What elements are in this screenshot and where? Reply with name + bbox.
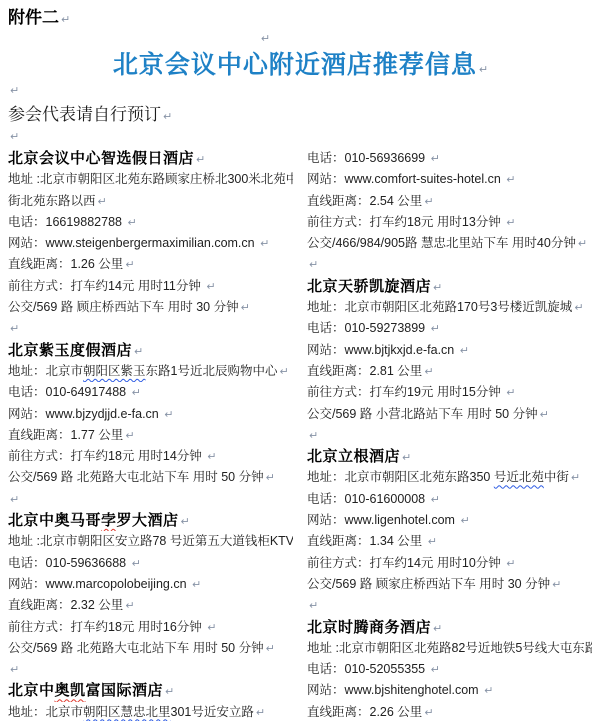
paragraph-mark-icon: ↵ — [484, 685, 493, 697]
hotel-info-line: 地址 :北京市朝阳区安立路78 号近第五大道钱柜KTV ↵ — [8, 531, 293, 552]
text-segment: 直线距离：2.32 公里 — [8, 598, 123, 612]
paragraph-mark-icon: ↵ — [506, 387, 515, 399]
paragraph-mark-icon: ↵ — [431, 494, 440, 506]
paragraph-mark-icon: ↵ — [540, 409, 549, 421]
paragraph-mark-icon: ↵ — [431, 153, 440, 165]
paragraph-mark-icon: ↵ — [309, 600, 318, 612]
text-segment: 地址 :北京市朝阳区北苑东路顾家庄桥北300米北苑中 — [8, 172, 293, 186]
text-segment: 直线距离：1.26 公里 — [8, 257, 123, 271]
text-segment: 街北苑东路以西 — [8, 194, 96, 208]
paragraph-mark-icon: ↵ — [266, 643, 275, 655]
text-segment: 电话：010-56936699 — [307, 151, 429, 165]
hotel-name: 北京立根酒店↵ — [307, 446, 592, 467]
hotel-name: 北京中奥马哥孛罗大酒店↵ — [8, 510, 293, 531]
paragraph-mark-icon: ↵ — [506, 174, 515, 186]
hotel-info-line: 直线距离：1.34 公里 ↵ — [307, 531, 592, 552]
hotel-info-line: 电话：010-52055355 ↵ — [307, 659, 592, 680]
hotel-info-line: 地址：北京市朝阳区北苑路170号3号楼近凯旋城↵ — [307, 297, 592, 318]
text-segment: 地址：北京市朝阳区北苑路170号3号楼近凯旋城 — [307, 300, 572, 314]
hotel-name: 北京会议中心智选假日酒店↵ — [8, 148, 293, 169]
text-segment: 网站：www.marcopolobeijing.cn — [8, 577, 190, 591]
blank-line: ↵ — [307, 425, 592, 446]
spellcheck-red-underline: 奥凯 — [55, 682, 86, 699]
text-segment: 直线距离：1.34 公里 — [307, 534, 426, 548]
hotel-info-line: 网站：www.marcopolobeijing.cn ↵ — [8, 574, 293, 595]
hotel-info-line: 网站：www.ligenhotel.com ↵ — [307, 510, 592, 531]
hotel-info-line: 公交/569 路 小营北路站下车 用时 50 分钟↵ — [307, 404, 592, 425]
text-segment: 网站：www.bjshitenghotel.com — [307, 683, 482, 697]
paragraph-mark-icon: ↵ — [571, 472, 580, 484]
paragraph-mark-icon: ↵ — [10, 664, 19, 676]
blank-line: ↵ — [8, 318, 293, 339]
paragraph-mark-icon: ↵ — [574, 302, 583, 314]
text-segment: 公交/569 路 顾庄桥西站下车 用时 30 分钟 — [8, 300, 239, 314]
spellcheck-blue-underline: 朝阳区紫玉 — [83, 364, 146, 378]
paragraph-mark-icon: ↵ — [309, 259, 318, 271]
spellcheck-blue-underline: 朝阳区慧忠北里 — [83, 705, 171, 719]
text-segment: 直线距离：1.77 公里 — [8, 428, 123, 442]
paragraph-mark-icon: ↵ — [279, 366, 288, 378]
paragraph-mark-icon: ↵ — [207, 451, 216, 463]
paragraph-mark-icon: ↵ — [61, 14, 70, 26]
hotel-info-line: 网站：www.steigenbergermaximilian.com.cn ↵ — [8, 233, 293, 254]
text-segment: 直线距离：2.54 公里 — [307, 194, 422, 208]
blank-line: ↵ — [8, 29, 593, 49]
paragraph-mark-icon: ↵ — [196, 154, 206, 166]
paragraph-mark-icon: ↵ — [424, 366, 433, 378]
hotel-info-line: 网站：www.comfort-suites-hotel.cn ↵ — [307, 169, 592, 190]
hotel-info-line: 电话：010-56936699 ↵ — [307, 148, 592, 169]
paragraph-mark-icon: ↵ — [125, 259, 134, 271]
blank-line: ↵ — [307, 595, 592, 616]
paragraph-mark-icon: ↵ — [10, 494, 19, 506]
paragraph-mark-icon: ↵ — [431, 664, 440, 676]
hotel-name: 北京时腾商务酒店↵ — [307, 617, 592, 638]
hotel-info-line: 地址：北京市朝阳区紫玉东路1号近北辰购物中心↵ — [8, 361, 293, 382]
paragraph-mark-icon: ↵ — [132, 558, 141, 570]
paragraph-mark-icon: ↵ — [431, 323, 440, 335]
paragraph-mark-icon: ↵ — [165, 686, 175, 698]
paragraph-mark-icon: ↵ — [206, 281, 215, 293]
paragraph-mark-icon: ↵ — [506, 558, 515, 570]
text-segment: 地址：北京市 — [8, 705, 83, 719]
hotel-info-line: 直线距离：2.81 公里↵ — [307, 361, 592, 382]
text-segment: 东路1号近北辰购物中心 — [146, 364, 278, 378]
title-line: 北京会议中心附近酒店推荐信息↵ — [8, 49, 593, 81]
paragraph-mark-icon: ↵ — [164, 409, 173, 421]
hotel-info-line: 直线距离：2.32 公里↵ — [8, 595, 293, 616]
text-segment: 北京中奥马哥 — [8, 512, 101, 529]
hotel-info-line: 公交/569 路 北苑路大屯北站下车 用时 50 分钟↵ — [8, 467, 293, 488]
hotel-info-line: 地址 :北京市朝阳区北苑东路顾家庄桥北300米北苑中 — [8, 169, 293, 190]
paragraph-mark-icon: ↵ — [433, 623, 443, 635]
hotel-info-line: 前往方式：打车约18元 用时13分钟 ↵ — [307, 212, 592, 233]
spellcheck-blue-underline: 号近北苑 — [494, 470, 544, 484]
hotel-info-line: 电话：010-61600008 ↵ — [307, 489, 592, 510]
document-page: 附件二↵ ↵ 北京会议中心附近酒店推荐信息↵ ↵ 参会代表请自行预订↵ ↵ 北京… — [0, 0, 601, 721]
text-segment: 前往方式：打车约18元 用时16分钟 — [8, 620, 205, 634]
paragraph-mark-icon: ↵ — [127, 217, 136, 229]
text-segment: 北京紫玉度假酒店 — [8, 342, 132, 359]
text-segment: 地址 :北京市朝阳区北苑路82号近地铁5号线大屯东路 — [307, 641, 592, 655]
blank-line: ↵ — [8, 127, 593, 148]
text-segment: 北京时腾商务酒店 — [307, 619, 431, 636]
blank-line: ↵ — [8, 81, 593, 102]
text-segment: 网站：www.bjtjkxjd.e-fa.cn — [307, 343, 458, 357]
paragraph-mark-icon: ↵ — [578, 238, 587, 250]
paragraph-mark-icon: ↵ — [424, 707, 433, 719]
paragraph-mark-icon: ↵ — [125, 430, 134, 442]
text-segment: 中街 — [544, 470, 569, 484]
text-segment: 电话：010-61600008 — [307, 492, 429, 506]
blank-line: ↵ — [307, 254, 592, 275]
text-segment: 前往方式：打车约19元 用时15分钟 — [307, 385, 504, 399]
text-segment: 地址：北京市朝阳区北苑东路350 — [307, 470, 494, 484]
paragraph-mark-icon: ↵ — [309, 430, 318, 442]
text-segment: 前往方式：打车约14元 用时11分钟 — [8, 279, 204, 293]
booking-note-text: 参会代表请自行预订 — [8, 105, 161, 124]
paragraph-mark-icon: ↵ — [207, 622, 216, 634]
paragraph-mark-icon: ↵ — [132, 387, 141, 399]
hotel-info-line: 街北苑东路以西↵ — [8, 191, 293, 212]
hotel-info-line: 公交/466/984/905路 慧忠北里站下车 用时40分钟↵ — [307, 233, 592, 254]
paragraph-mark-icon: ↵ — [256, 707, 265, 719]
hotel-name: 北京中奥凯富国际酒店↵ — [8, 680, 293, 701]
paragraph-mark-icon: ↵ — [428, 536, 437, 548]
text-segment: 富国际酒店 — [86, 682, 164, 699]
hotel-info-line: 地址：北京市朝阳区北苑东路350 号近北苑中街↵ — [307, 467, 592, 488]
hotel-name: 北京天骄凯旋酒店↵ — [307, 276, 592, 297]
hotel-info-line: 前往方式：打车约19元 用时15分钟 ↵ — [307, 382, 592, 403]
text-segment: 网站：www.ligenhotel.com — [307, 513, 458, 527]
text-segment: 公交/466/984/905路 慧忠北里站下车 用时40分钟 — [307, 236, 576, 250]
paragraph-mark-icon: ↵ — [506, 217, 515, 229]
text-segment: 网站：www.steigenbergermaximilian.com.cn — [8, 236, 258, 250]
hotel-info-line: 直线距离：1.26 公里↵ — [8, 254, 293, 275]
text-segment: 301号近安立路 — [171, 705, 254, 719]
paragraph-mark-icon: ↵ — [479, 64, 488, 76]
text-segment: 网站：www.comfort-suites-hotel.cn — [307, 172, 504, 186]
paragraph-mark-icon: ↵ — [163, 111, 172, 123]
text-segment: 公交/569 路 顾家庄桥西站下车 用时 30 分钟 — [307, 577, 550, 591]
paragraph-mark-icon: ↵ — [433, 282, 443, 294]
text-segment: 公交/569 路 小营北路站下车 用时 50 分钟 — [307, 407, 538, 421]
text-segment: 电话：010-59636688 — [8, 556, 130, 570]
attachment-label: 附件二 — [8, 8, 59, 27]
booking-note: 参会代表请自行预订↵ — [8, 102, 593, 127]
paragraph-mark-icon: ↵ — [460, 345, 469, 357]
text-segment: 北京天骄凯旋酒店 — [307, 278, 431, 295]
paragraph-mark-icon: ↵ — [266, 472, 275, 484]
paragraph-mark-icon: ↵ — [241, 302, 250, 314]
hotel-info-line: 直线距离：2.54 公里↵ — [307, 191, 592, 212]
paragraph-mark-icon: ↵ — [134, 346, 144, 358]
blank-line: ↵ — [8, 489, 293, 510]
paragraph-mark-icon: ↵ — [192, 579, 201, 591]
hotel-info-line: 电话：010-59273899 ↵ — [307, 318, 592, 339]
paragraph-mark-icon: ↵ — [181, 516, 191, 528]
hotel-info-line: 直线距离：2.26 公里↵ — [307, 702, 592, 721]
paragraph-mark-icon: ↵ — [98, 196, 107, 208]
paragraph-mark-icon: ↵ — [402, 452, 412, 464]
hotel-info-line: 网站：www.bjzydjjd.e-fa.cn ↵ — [8, 404, 293, 425]
hotel-info-line: 公交/569 路 顾庄桥西站下车 用时 30 分钟↵ — [8, 297, 293, 318]
text-segment: 公交/569 路 北苑路大屯北站下车 用时 50 分钟 — [8, 470, 264, 484]
paragraph-mark-icon: ↵ — [10, 131, 19, 143]
hotel-info-line: 前往方式：打车约18元 用时16分钟 ↵ — [8, 617, 293, 638]
hotel-info-line: 地址：北京市朝阳区慧忠北里301号近安立路↵ — [8, 702, 293, 721]
text-segment: 电话：010-64917488 — [8, 385, 130, 399]
text-segment: 电话：010-59273899 — [307, 321, 429, 335]
attachment-line: 附件二↵ — [8, 6, 593, 29]
text-segment: 前往方式：打车约18元 用时14分钟 — [8, 449, 205, 463]
hotel-info-line: 网站：www.bjshitenghotel.com ↵ — [307, 680, 592, 701]
paragraph-mark-icon: ↵ — [460, 515, 469, 527]
text-segment: 直线距离：2.26 公里 — [307, 705, 422, 719]
paragraph-mark-icon: ↵ — [552, 579, 561, 591]
hotel-info-line: 前往方式：打车约14元 用时11分钟 ↵ — [8, 276, 293, 297]
hotel-list-columns: 北京会议中心智选假日酒店↵地址 :北京市朝阳区北苑东路顾家庄桥北300米北苑中街… — [8, 148, 593, 721]
hotel-info-line: 网站：www.bjtjkxjd.e-fa.cn ↵ — [307, 340, 592, 361]
hotel-info-line: 电话：16619882788 ↵ — [8, 212, 293, 233]
hotel-info-line: 公交/569 路 北苑路大屯北站下车 用时 50 分钟↵ — [8, 638, 293, 659]
paragraph-mark-icon: ↵ — [261, 33, 270, 45]
paragraph-mark-icon: ↵ — [424, 196, 433, 208]
hotel-name: 北京紫玉度假酒店↵ — [8, 340, 293, 361]
blank-line: ↵ — [8, 659, 293, 680]
left-column: 北京会议中心智选假日酒店↵地址 :北京市朝阳区北苑东路顾家庄桥北300米北苑中街… — [8, 148, 293, 721]
hotel-info-line: 公交/569 路 顾家庄桥西站下车 用时 30 分钟↵ — [307, 574, 592, 595]
hotel-info-line: 前往方式：打车约18元 用时14分钟 ↵ — [8, 446, 293, 467]
text-segment: 罗大酒店 — [117, 512, 179, 529]
hotel-info-line: 前往方式：打车约14元 用时10分钟 ↵ — [307, 553, 592, 574]
text-segment: 电话：16619882788 — [8, 215, 125, 229]
hotel-info-line: 直线距离：1.77 公里↵ — [8, 425, 293, 446]
text-segment: 网站：www.bjzydjjd.e-fa.cn — [8, 407, 162, 421]
text-segment: 直线距离：2.81 公里 — [307, 364, 422, 378]
hotel-info-line: 电话：010-64917488 ↵ — [8, 382, 293, 403]
text-segment: 电话：010-52055355 — [307, 662, 429, 676]
hotel-info-line: 地址 :北京市朝阳区北苑路82号近地铁5号线大屯东路↵ — [307, 638, 592, 659]
page-title: 北京会议中心附近酒店推荐信息 — [113, 51, 477, 79]
text-segment: 北京会议中心智选假日酒店 — [8, 150, 194, 167]
right-column: 电话：010-56936699 ↵网站：www.comfort-suites-h… — [307, 148, 592, 721]
text-segment: 前往方式：打车约18元 用时13分钟 — [307, 215, 504, 229]
paragraph-mark-icon: ↵ — [10, 85, 19, 97]
text-segment: 公交/569 路 北苑路大屯北站下车 用时 50 分钟 — [8, 641, 264, 655]
spellcheck-red-underline: 孛 — [101, 512, 117, 529]
hotel-info-line: 电话：010-59636688 ↵ — [8, 553, 293, 574]
paragraph-mark-icon: ↵ — [125, 600, 134, 612]
paragraph-mark-icon: ↵ — [260, 238, 269, 250]
text-segment: 地址 :北京市朝阳区安立路78 号近第五大道钱柜KTV — [8, 534, 293, 548]
text-segment: 地址：北京市 — [8, 364, 83, 378]
paragraph-mark-icon: ↵ — [10, 323, 19, 335]
text-segment: 北京中 — [8, 682, 55, 699]
text-segment: 前往方式：打车约14元 用时10分钟 — [307, 556, 504, 570]
text-segment: 北京立根酒店 — [307, 448, 400, 465]
